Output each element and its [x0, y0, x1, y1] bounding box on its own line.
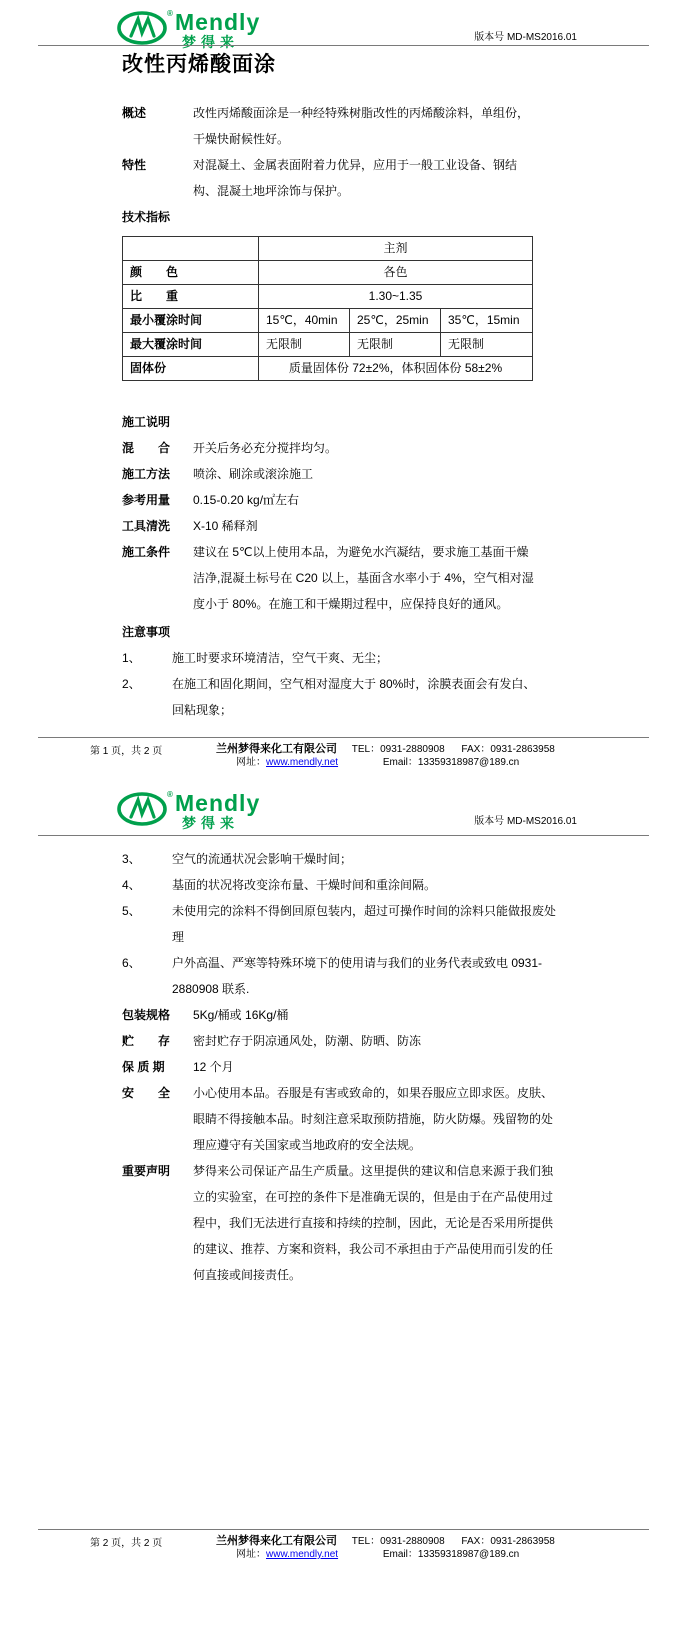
table-cell-solids-value: 质量固体份 72±2%，体积固体份 58±2% [259, 357, 533, 381]
note-item-4: 4、 基面的状况将改变涂布量、干燥时间和重涂间隔。 [122, 872, 557, 898]
tech-specs-heading: 技术指标 [122, 204, 537, 230]
table-row: 颜 色 各色 [123, 261, 533, 285]
note-number: 2、 [122, 671, 172, 697]
construction-item-text: X-10 稀释剂 [193, 513, 537, 539]
website-link[interactable]: www.mendly.net [266, 757, 338, 768]
table-cell-max-recoat-1: 无限制 [259, 333, 350, 357]
note-number: 1、 [122, 645, 172, 671]
construction-item-text: 0.15-0.20 kg/㎡左右 [193, 487, 537, 513]
note-item-2: 2、 在施工和固化期间，空气相对湿度大于 80%时，涂膜表面会有发白、回粘现象； [122, 671, 537, 723]
logo-chinese-name: 梦得来 [182, 34, 239, 50]
construction-item-text: 开关后务必充分搅拌均匀。 [193, 435, 537, 461]
info-item-shelf-life: 保 质 期 12 个月 [122, 1054, 557, 1080]
construction-item-label: 工具清洗 [122, 513, 193, 539]
notes-heading: 注意事项 [122, 619, 537, 645]
info-item-label: 包装规格 [122, 1002, 193, 1028]
construction-item-cleaning: 工具清洗 X-10 稀释剂 [122, 513, 537, 539]
construction-item-label: 混 合 [122, 435, 193, 461]
company-name: 兰州梦得来化工有限公司 [216, 743, 337, 755]
info-item-label: 安 全 [122, 1080, 193, 1106]
construction-item-mixing: 混 合 开关后务必充分搅拌均匀。 [122, 435, 537, 461]
table-cell-min-recoat-35: 35℃，15min [441, 309, 533, 333]
info-item-safety: 安 全 小心使用本品。吞服是有害或致命的，如果吞服应立即求医。皮肤、眼睛不得接触… [122, 1080, 557, 1158]
registered-mark: ® [167, 9, 173, 18]
footer-company-info: 兰州梦得来化工有限公司 TEL：0931-2880908 FAX：0931-28… [216, 1535, 656, 1561]
mendly-logo-icon: ® Mendly 梦得来 [116, 786, 296, 832]
note-item-3: 3、 空气的流通状况会影响干燥时间； [122, 846, 557, 872]
table-cell-solids-label: 固体份 [123, 357, 259, 381]
page-title: 改性丙烯酸面涂 [122, 52, 537, 78]
table-cell-color-value: 各色 [259, 261, 533, 285]
footer-fax: FAX：0931-2863958 [461, 744, 554, 755]
version-label: 版本号 MD-MS2016.01 [474, 812, 577, 827]
company-name: 兰州梦得来化工有限公司 [216, 1535, 337, 1547]
info-item-text: 5Kg/桶或 16Kg/桶 [193, 1002, 557, 1028]
registered-mark: ® [167, 790, 173, 799]
table-row: 主剂 [123, 237, 533, 261]
info-item-packaging: 包装规格 5Kg/桶或 16Kg/桶 [122, 1002, 557, 1028]
note-text: 未使用完的涂料不得倒回原包装内，超过可操作时间的涂料只能做报废处理 [172, 898, 557, 950]
note-text: 基面的状况将改变涂布量、干燥时间和重涂间隔。 [172, 872, 557, 898]
note-number: 3、 [122, 846, 172, 872]
website-label: 网址： [236, 757, 266, 768]
note-text: 户外高温、严寒等特殊环境下的使用请与我们的业务代表或致电 0931-288090… [172, 950, 557, 1002]
note-number: 4、 [122, 872, 172, 898]
note-number: 5、 [122, 898, 172, 924]
table-cell-gravity-label: 比 重 [123, 285, 259, 309]
footer-email: Email：13359318987@189.cn [383, 1549, 519, 1560]
table-cell-empty [123, 237, 259, 261]
footer-company-info: 兰州梦得来化工有限公司 TEL：0931-2880908 FAX：0931-28… [216, 743, 656, 769]
construction-item-conditions: 施工条件 建议在 5℃以上使用本品，为避免水汽凝结，要求施工基面干燥洁净,混凝土… [122, 539, 537, 617]
construction-item-label: 施工条件 [122, 539, 193, 565]
info-item-label: 重要声明 [122, 1158, 193, 1184]
page1-footer: 第 1 页，共 2 页 兰州梦得来化工有限公司 TEL：0931-2880908… [38, 737, 649, 738]
construction-item-text: 喷涂、刷涂或滚涂施工 [193, 461, 537, 487]
note-item-5: 5、 未使用完的涂料不得倒回原包装内，超过可操作时间的涂料只能做报废处理 [122, 898, 557, 950]
note-text: 施工时要求环境清洁，空气干爽、无尘； [172, 645, 537, 671]
overview-label: 概述 [122, 100, 193, 126]
header-rule [38, 835, 649, 836]
info-item-text: 12 个月 [193, 1054, 557, 1080]
construction-item-method: 施工方法 喷涂、刷涂或滚涂施工 [122, 461, 537, 487]
page2-content: 3、 空气的流通状况会影响干燥时间； 4、 基面的状况将改变涂布量、干燥时间和重… [122, 846, 557, 1288]
info-item-text: 梦得来公司保证产品生产质量。这里提供的建议和信息来源于我们独立的实验室，在可控的… [193, 1158, 557, 1288]
page-number: 第 1 页，共 2 页 [90, 745, 162, 758]
table-row: 比 重 1.30~1.35 [123, 285, 533, 309]
construction-heading: 施工说明 [122, 409, 537, 435]
note-item-6: 6、 户外高温、严寒等特殊环境下的使用请与我们的业务代表或致电 0931-288… [122, 950, 557, 1002]
construction-item-text: 建议在 5℃以上使用本品，为避免水汽凝结，要求施工基面干燥洁净,混凝土标号在 C… [193, 539, 537, 617]
table-row: 最大覆涂时间 无限制 无限制 无限制 [123, 333, 533, 357]
mendly-logo: ® Mendly 梦得来 [116, 786, 296, 832]
footer-tel: TEL：0931-2880908 [352, 744, 445, 755]
table-row: 固体份 质量固体份 72±2%，体积固体份 58±2% [123, 357, 533, 381]
note-text: 在施工和固化期间，空气相对湿度大于 80%时，涂膜表面会有发白、回粘现象； [172, 671, 537, 723]
page2-footer: 第 2 页，共 2 页 兰州梦得来化工有限公司 TEL：0931-2880908… [38, 1529, 649, 1530]
page-number: 第 2 页，共 2 页 [90, 1537, 162, 1550]
info-item-text: 密封贮存于阴凉通风处，防潮、防晒、防冻 [193, 1028, 557, 1054]
table-cell-max-recoat-3: 无限制 [441, 333, 533, 357]
table-cell-min-recoat-25: 25℃，25min [350, 309, 441, 333]
footer-tel: TEL：0931-2880908 [352, 1536, 445, 1547]
table-cell-max-recoat-2: 无限制 [350, 333, 441, 357]
note-item-1: 1、 施工时要求环境清洁，空气干爽、无尘； [122, 645, 537, 671]
features-label: 特性 [122, 152, 193, 178]
overview-text: 改性丙烯酸面涂是一种经特殊树脂改性的丙烯酸涂料，单组份，干燥快耐候性好。 [193, 100, 537, 152]
table-cell-max-recoat-label: 最大覆涂时间 [123, 333, 259, 357]
logo-wordmark: Mendly [175, 9, 260, 35]
table-row: 最小覆涂时间 15℃，40min 25℃，25min 35℃，15min [123, 309, 533, 333]
info-item-label: 贮 存 [122, 1028, 193, 1054]
footer-fax: FAX：0931-2863958 [461, 1536, 554, 1547]
table-cell-min-recoat-label: 最小覆涂时间 [123, 309, 259, 333]
table-cell-min-recoat-15: 15℃，40min [259, 309, 350, 333]
website-link[interactable]: www.mendly.net [266, 1549, 338, 1560]
construction-item-label: 参考用量 [122, 487, 193, 513]
datasheet-document: ® Mendly 梦得来 版本号 MD-MS2016.01 改性丙烯酸面涂 概述… [0, 0, 687, 1638]
info-item-disclaimer: 重要声明 梦得来公司保证产品生产质量。这里提供的建议和信息来源于我们独立的实验室… [122, 1158, 557, 1288]
logo-wordmark: Mendly [175, 790, 260, 816]
info-item-text: 小心使用本品。吞服是有害或致命的，如果吞服应立即求医。皮肤、眼睛不得接触本品。时… [193, 1080, 557, 1158]
construction-item-label: 施工方法 [122, 461, 193, 487]
construction-item-dosage: 参考用量 0.15-0.20 kg/㎡左右 [122, 487, 537, 513]
note-text: 空气的流通状况会影响干燥时间； [172, 846, 557, 872]
info-item-storage: 贮 存 密封贮存于阴凉通风处，防潮、防晒、防冻 [122, 1028, 557, 1054]
spec-table: 主剂 颜 色 各色 比 重 1.30~1.35 最小覆涂时间 15℃，40min… [122, 236, 533, 381]
features-item: 特性 对混凝土、金属表面附着力优异，应用于一般工业设备、钢结构、混凝土地坪涂饰与… [122, 152, 537, 204]
header-rule [38, 45, 649, 46]
note-number: 6、 [122, 950, 172, 976]
footer-email: Email：13359318987@189.cn [383, 757, 519, 768]
table-cell-main-agent: 主剂 [259, 237, 533, 261]
overview-item: 概述 改性丙烯酸面涂是一种经特殊树脂改性的丙烯酸涂料，单组份，干燥快耐候性好。 [122, 100, 537, 152]
info-item-label: 保 质 期 [122, 1054, 193, 1080]
table-cell-gravity-value: 1.30~1.35 [259, 285, 533, 309]
page1-content: 改性丙烯酸面涂 概述 改性丙烯酸面涂是一种经特殊树脂改性的丙烯酸涂料，单组份，干… [122, 52, 537, 723]
version-label: 版本号 MD-MS2016.01 [474, 28, 577, 43]
table-cell-color-label: 颜 色 [123, 261, 259, 285]
logo-chinese-name: 梦得来 [182, 815, 239, 831]
features-text: 对混凝土、金属表面附着力优异，应用于一般工业设备、钢结构、混凝土地坪涂饰与保护。 [193, 152, 537, 204]
website-label: 网址： [236, 1549, 266, 1560]
